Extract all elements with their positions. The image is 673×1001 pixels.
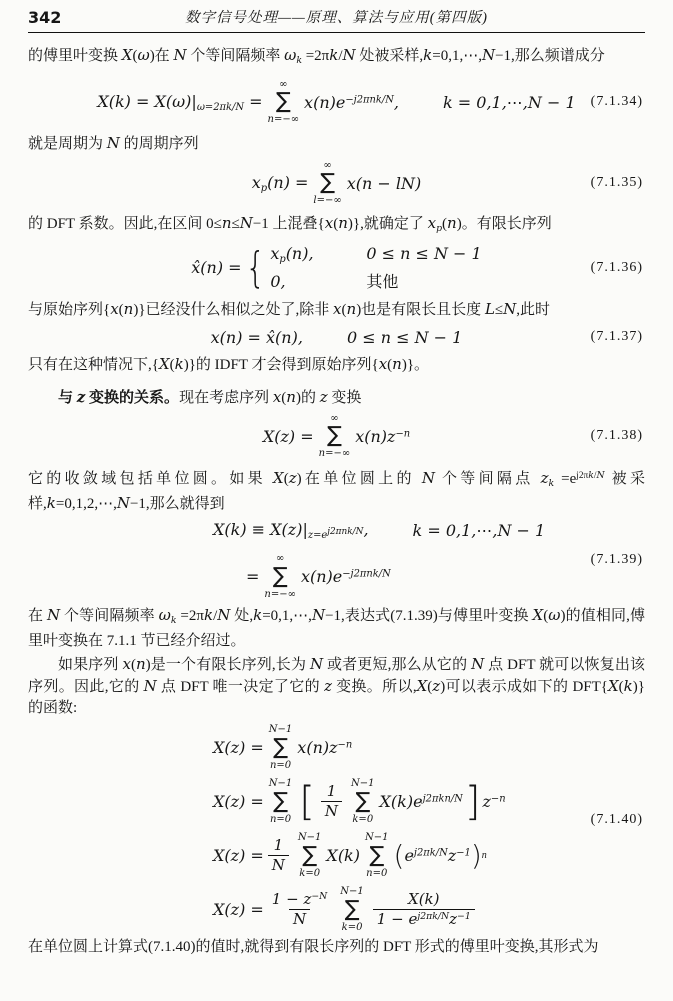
fraction-denominator: 1 − ej2πk/Nz−1 — [373, 909, 475, 929]
fraction-numerator: 1 — [323, 782, 341, 801]
fraction-denominator: N — [321, 801, 342, 821]
book-page: 342 数字信号处理——原理、算法与应用(第四版) 的傅里叶变换 X(ω)在 N… — [0, 0, 673, 1001]
eq39-condition: k = 0,1,⋯,N − 1 — [413, 521, 546, 540]
sum-operator: N−1 ∑ n=0 — [365, 832, 389, 879]
sigma-icon: ∑ — [276, 90, 291, 114]
eq40-l1-lhs: X(z) = — [213, 738, 264, 757]
sigma-icon: ∑ — [273, 565, 288, 589]
fraction: 1 N — [321, 782, 342, 821]
sum-lower-limit: n=0 — [270, 760, 291, 772]
paragraph-idft-note: 只有在这种情况下,{X(k)}的 IDFT 才会得到原始序列{x(n)}。 — [28, 354, 645, 376]
eq40-l3-mid: X(k) — [326, 846, 360, 865]
bold-lead: 与 z 变换的关系。 — [58, 390, 179, 406]
sigma-icon: ∑ — [273, 736, 288, 760]
sum-lower-limit: k=0 — [342, 922, 363, 934]
sum-upper-limit: N−1 — [298, 832, 322, 844]
sigma-icon: ∑ — [327, 424, 342, 448]
sum-operator: N−1 ∑ k=0 — [340, 886, 364, 933]
equation-7-1-38: X(z) = ∞ ∑ n=−∞ x(n)z−n (7.1.38) — [28, 413, 645, 460]
sigma-icon: ∑ — [320, 171, 335, 195]
sum-operator: N−1 ∑ n=0 — [269, 778, 293, 825]
fraction: 1 N — [268, 836, 289, 875]
fraction: X(k) 1 − ej2πk/Nz−1 — [373, 890, 475, 929]
eq36-lhs: x̂(n) = — [191, 258, 241, 277]
left-paren: ( — [394, 843, 405, 868]
sum-operator: ∞ ∑ n=−∞ — [268, 79, 300, 126]
sum-lower-limit: k=0 — [299, 868, 320, 880]
eq40-l2-post: z−n — [482, 792, 505, 811]
fraction: 1 − z−N N — [268, 890, 332, 929]
paragraph-expression-equivalence: 在 N 个等间隔频率 ωk =2πk/N 处,k=0,1,⋯,N−1,表达式(7… — [28, 605, 645, 652]
sum-operator: N−1 ∑ k=0 — [351, 778, 375, 825]
eq40-l2-lhs: X(z) = — [213, 792, 264, 811]
sum-lower-limit: k=0 — [352, 814, 373, 826]
fraction-numerator: X(k) — [404, 890, 443, 909]
right-paren: ) — [471, 843, 482, 868]
eq38-lhs: X(z) = — [263, 427, 314, 446]
equation-7-1-35: xp(n) = ∞ ∑ l=−∞ x(n − lN) (7.1.35) — [28, 160, 645, 207]
eq40-line2: X(z) = N−1 ∑ n=0 [ 1 N N−1 ∑ k=0 X(k)ej2… — [28, 778, 645, 825]
eq40-line4: X(z) = 1 − z−N N N−1 ∑ k=0 X(k) 1 − ej2π… — [28, 886, 645, 933]
case-condition: 其他 — [366, 271, 398, 293]
sum-lower-limit: l=−∞ — [313, 195, 341, 207]
equation-7-1-40: X(z) = N−1 ∑ n=0 x(n)z−n X(z) = N−1 ∑ n=… — [28, 724, 645, 933]
right-bracket: ] — [465, 785, 481, 819]
paragraph-z-transform-relation: 与 z 变换的关系。现在考虑序列 x(n)的 z 变换 — [28, 387, 645, 409]
eq39-line2: = ∞ ∑ n=−∞ x(n)e−j2πnk/N — [28, 553, 645, 600]
equation-7-1-37: x(n) = x̂(n), 0 ≤ n ≤ N − 1 (7.1.37) — [28, 328, 645, 347]
eq40-line1: X(z) = N−1 ∑ n=0 x(n)z−n — [28, 724, 645, 771]
eq34-condition: k = 0,1,⋯,N − 1 — [443, 93, 576, 112]
equation-number: (7.1.34) — [591, 94, 643, 110]
sum-operator: ∞ ∑ l=−∞ — [313, 160, 341, 207]
sum-lower-limit: n=0 — [270, 814, 291, 826]
equation-7-1-36: x̂(n) = { xp(n), 0 ≤ n ≤ N − 1 0, 其他 (7.… — [28, 243, 645, 293]
paragraph-original-sequence: 与原始序列{x(n)}已经没什么相似之处了,除非 x(n)也是有限长且长度 L≤… — [28, 299, 645, 321]
equation-number: (7.1.35) — [591, 175, 643, 191]
sum-lower-limit: n=−∞ — [264, 589, 296, 601]
eq39-line2-body: x(n)e−j2πnk/N — [301, 567, 391, 586]
sum-lower-limit: n=0 — [366, 868, 387, 880]
eq39-equals: = — [246, 567, 259, 586]
sigma-icon: ∑ — [355, 790, 370, 814]
paragraph-finite-length-dft: 如果序列 x(n)是一个有限长序列,长为 N 或者更短,那么从它的 N 点 DF… — [28, 654, 645, 719]
sum-operator: ∞ ∑ n=−∞ — [319, 413, 351, 460]
cases-row: 0, 其他 — [270, 271, 481, 293]
page-header: 342 数字信号处理——原理、算法与应用(第四版) — [28, 0, 645, 33]
cases-body: xp(n), 0 ≤ n ≤ N − 1 0, 其他 — [270, 243, 481, 293]
eq37-condition: 0 ≤ n ≤ N − 1 — [347, 328, 462, 347]
eq34-lhs: X(k) = X(ω)|ω=2πk/N = — [97, 92, 262, 113]
paragraph-unit-circle-evaluation: 在单位圆上计算式(7.1.40)的值时,就得到有限长序列的 DFT 形式的傅里叶… — [28, 937, 645, 958]
sum-upper-limit: N−1 — [365, 832, 389, 844]
sum-lower-limit: n=−∞ — [319, 448, 351, 460]
eq40-line3: X(z) = 1 N N−1 ∑ k=0 X(k) N−1 ∑ n=0 ( ej… — [28, 832, 645, 879]
fraction-denominator: N — [268, 855, 289, 875]
sum-upper-limit: N−1 — [340, 886, 364, 898]
cases-row: xp(n), 0 ≤ n ≤ N − 1 — [270, 243, 481, 271]
sigma-icon: ∑ — [273, 790, 288, 814]
equation-number: (7.1.37) — [591, 329, 643, 345]
eq39-line1-body: X(k) ≡ X(z)|z=ej2πnk/N, — [213, 520, 369, 541]
sigma-icon: ∑ — [369, 844, 384, 868]
eq40-l3-inner: ej2πk/Nz−1 — [404, 846, 470, 865]
left-bracket: [ — [299, 785, 315, 819]
sum-upper-limit: N−1 — [269, 724, 293, 736]
equation-number: (7.1.38) — [591, 428, 643, 444]
page-number: 342 — [28, 8, 98, 27]
eq35-rhs: x(n − lN) — [347, 174, 422, 193]
sum-operator: ∞ ∑ n=−∞ — [264, 553, 296, 600]
case-value: xp(n), — [270, 243, 366, 271]
cases-brace: { — [245, 249, 265, 287]
eq40-l1-rhs: x(n)z−n — [297, 738, 352, 757]
eq38-rhs: x(n)z−n — [355, 427, 410, 446]
sigma-icon: ∑ — [345, 898, 360, 922]
equation-7-1-34: X(k) = X(ω)|ω=2πk/N = ∞ ∑ n=−∞ x(n)e−j2π… — [28, 79, 645, 126]
lead-rest: 现在考虑序列 x(n)的 z 变换 — [179, 390, 361, 406]
eq39-line1: X(k) ≡ X(z)|z=ej2πnk/N, k = 0,1,⋯,N − 1 — [28, 520, 645, 541]
paragraph-periodic-sequence: 就是周期为 N 的周期序列 — [28, 133, 645, 155]
paragraph-fourier-sampling: 的傅里叶变换 X(ω)在 N 个等间隔频率 ωk =2πk/N 处被采样,k=0… — [28, 45, 645, 71]
equation-number: (7.1.39) — [591, 552, 643, 568]
eq37-body: x(n) = x̂(n), — [211, 328, 303, 347]
eq35-lhs: xp(n) = — [252, 173, 309, 194]
header-title: 数字信号处理——原理、算法与应用(第四版) — [98, 6, 575, 27]
sum-lower-limit: n=−∞ — [268, 114, 300, 126]
sum-operator: N−1 ∑ n=0 — [269, 724, 293, 771]
equation-7-1-39: X(k) ≡ X(z)|z=ej2πnk/N, k = 0,1,⋯,N − 1 … — [28, 520, 645, 600]
eq40-l2-mid: X(k)ej2πkn/N — [380, 792, 463, 811]
sigma-icon: ∑ — [302, 844, 317, 868]
paragraph-roc-unit-circle: 它的收敛域包括单位圆。如果 X(z)在单位圆上的 N 个等间隔点 zk =ej2… — [28, 465, 645, 516]
fraction-numerator: 1 — [270, 836, 288, 855]
paragraph-dft-coefficients: 的 DFT 系数。因此,在区间 0≤n≤N−1 上混叠{x(n)},就确定了 x… — [28, 213, 645, 239]
fraction-denominator: N — [289, 909, 310, 929]
sum-operator: N−1 ∑ k=0 — [298, 832, 322, 879]
eq40-l4-lhs: X(z) = — [213, 900, 264, 919]
eq40-l3-power: n — [482, 850, 487, 861]
case-condition: 0 ≤ n ≤ N − 1 — [366, 243, 481, 271]
equation-number: (7.1.40) — [591, 812, 643, 828]
equation-number: (7.1.36) — [591, 260, 643, 276]
eq40-l3-lhs: X(z) = — [213, 846, 264, 865]
sum-upper-limit: N−1 — [269, 778, 293, 790]
sum-upper-limit: N−1 — [351, 778, 375, 790]
fraction-numerator: 1 − z−N — [268, 890, 332, 909]
eq34-rhs: x(n)e−j2πnk/N, — [304, 93, 399, 112]
case-value: 0, — [270, 271, 366, 293]
